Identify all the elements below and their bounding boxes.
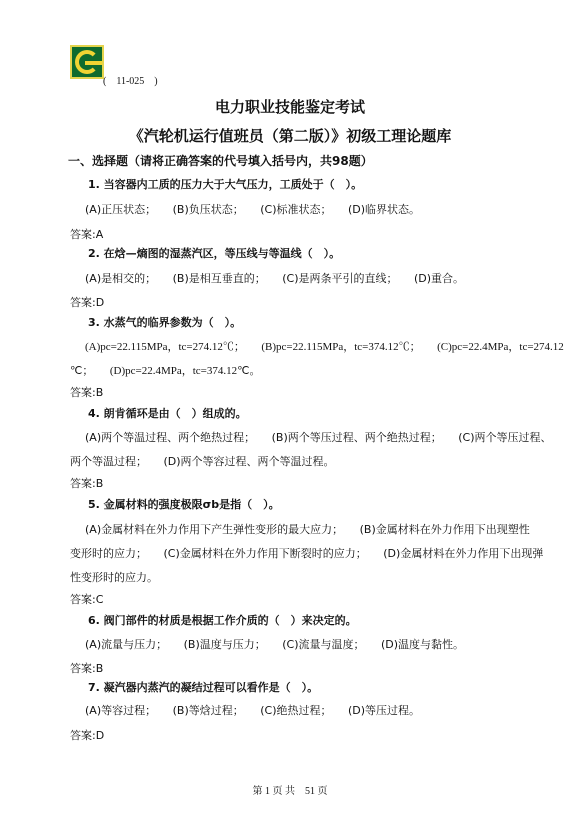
- question-3-options-line-1: (A)pc=22.115MPa，tc=274.12℃； (B)pc=22.115…: [85, 338, 564, 354]
- question-5: 5. 金属材料的强度极限σb是指（ ）。: [88, 496, 280, 512]
- question-5-options-line-3: 性变形时的应力。: [70, 569, 158, 585]
- question-6: 6. 阀门部件的材质是根据工作介质的（ ）来决定的。: [88, 612, 357, 628]
- cepp-logo-icon: [70, 45, 104, 79]
- question-1-answer: 答案:A: [70, 226, 103, 242]
- question-6-answer: 答案:B: [70, 660, 103, 676]
- question-4: 4. 朗肯循环是由（ ）组成的。: [88, 405, 247, 421]
- question-7-options: (A)等容过程； (B)等焓过程； (C)绝热过程； (D)等压过程。: [85, 702, 420, 718]
- question-1-options: (A)正压状态； (B)负压状态； (C)标准状态； (D)临界状态。: [85, 201, 420, 217]
- question-4-options-line-2: 两个等温过程； (D)两个等容过程、两个等温过程。: [70, 453, 335, 469]
- question-5-options-line-1: (A)金属材料在外力作用下产生弹性变形的最大应力； (B)金属材料在外力作用下出…: [85, 521, 530, 537]
- page-subtitle: 《汽轮机运行值班员（第二版）》初级工理论题库: [0, 125, 580, 146]
- question-2: 2. 在焓—熵图的湿蒸汽区，等压线与等温线（ ）。: [88, 245, 340, 261]
- question-5-answer: 答案:C: [70, 591, 103, 607]
- question-5-options-line-2: 变形时的应力； (C)金属材料在外力作用下断裂时的应力； (D)金属材料在外力作…: [70, 545, 543, 561]
- question-4-options-line-1: (A)两个等温过程、两个绝热过程； (B)两个等压过程、两个绝热过程； (C)两…: [85, 429, 552, 445]
- question-6-options: (A)流量与压力； (B)温度与压力； (C)流量与温度； (D)温度与黏性。: [85, 636, 464, 652]
- question-7: 7. 凝汽器内蒸汽的凝结过程可以看作是（ ）。: [88, 679, 318, 695]
- page-number: 第 1 页 共 51 页: [0, 782, 580, 797]
- logo-bar: [85, 61, 102, 65]
- question-3: 3. 水蒸气的临界参数为（ ）。: [88, 314, 241, 330]
- section-heading: 一、选择题（请将正确答案的代号填入括号内，共98题）: [68, 152, 373, 169]
- question-2-options: (A)是相交的； (B)是相互垂直的； (C)是两条平引的直线； (D)重合。: [85, 270, 464, 286]
- question-7-answer: 答案:D: [70, 727, 104, 743]
- question-2-answer: 答案:D: [70, 294, 104, 310]
- question-3-options-line-2: ℃； (D)pc=22.4MPa，tc=374.12℃。: [70, 362, 261, 378]
- document-code: ( 11-025 ): [103, 72, 158, 87]
- question-3-answer: 答案:B: [70, 384, 103, 400]
- question-4-answer: 答案:B: [70, 475, 103, 491]
- question-1: 1. 当容器内工质的压力大于大气压力，工质处于（ ）。: [88, 176, 362, 192]
- page-title: 电力职业技能鉴定考试: [0, 96, 580, 117]
